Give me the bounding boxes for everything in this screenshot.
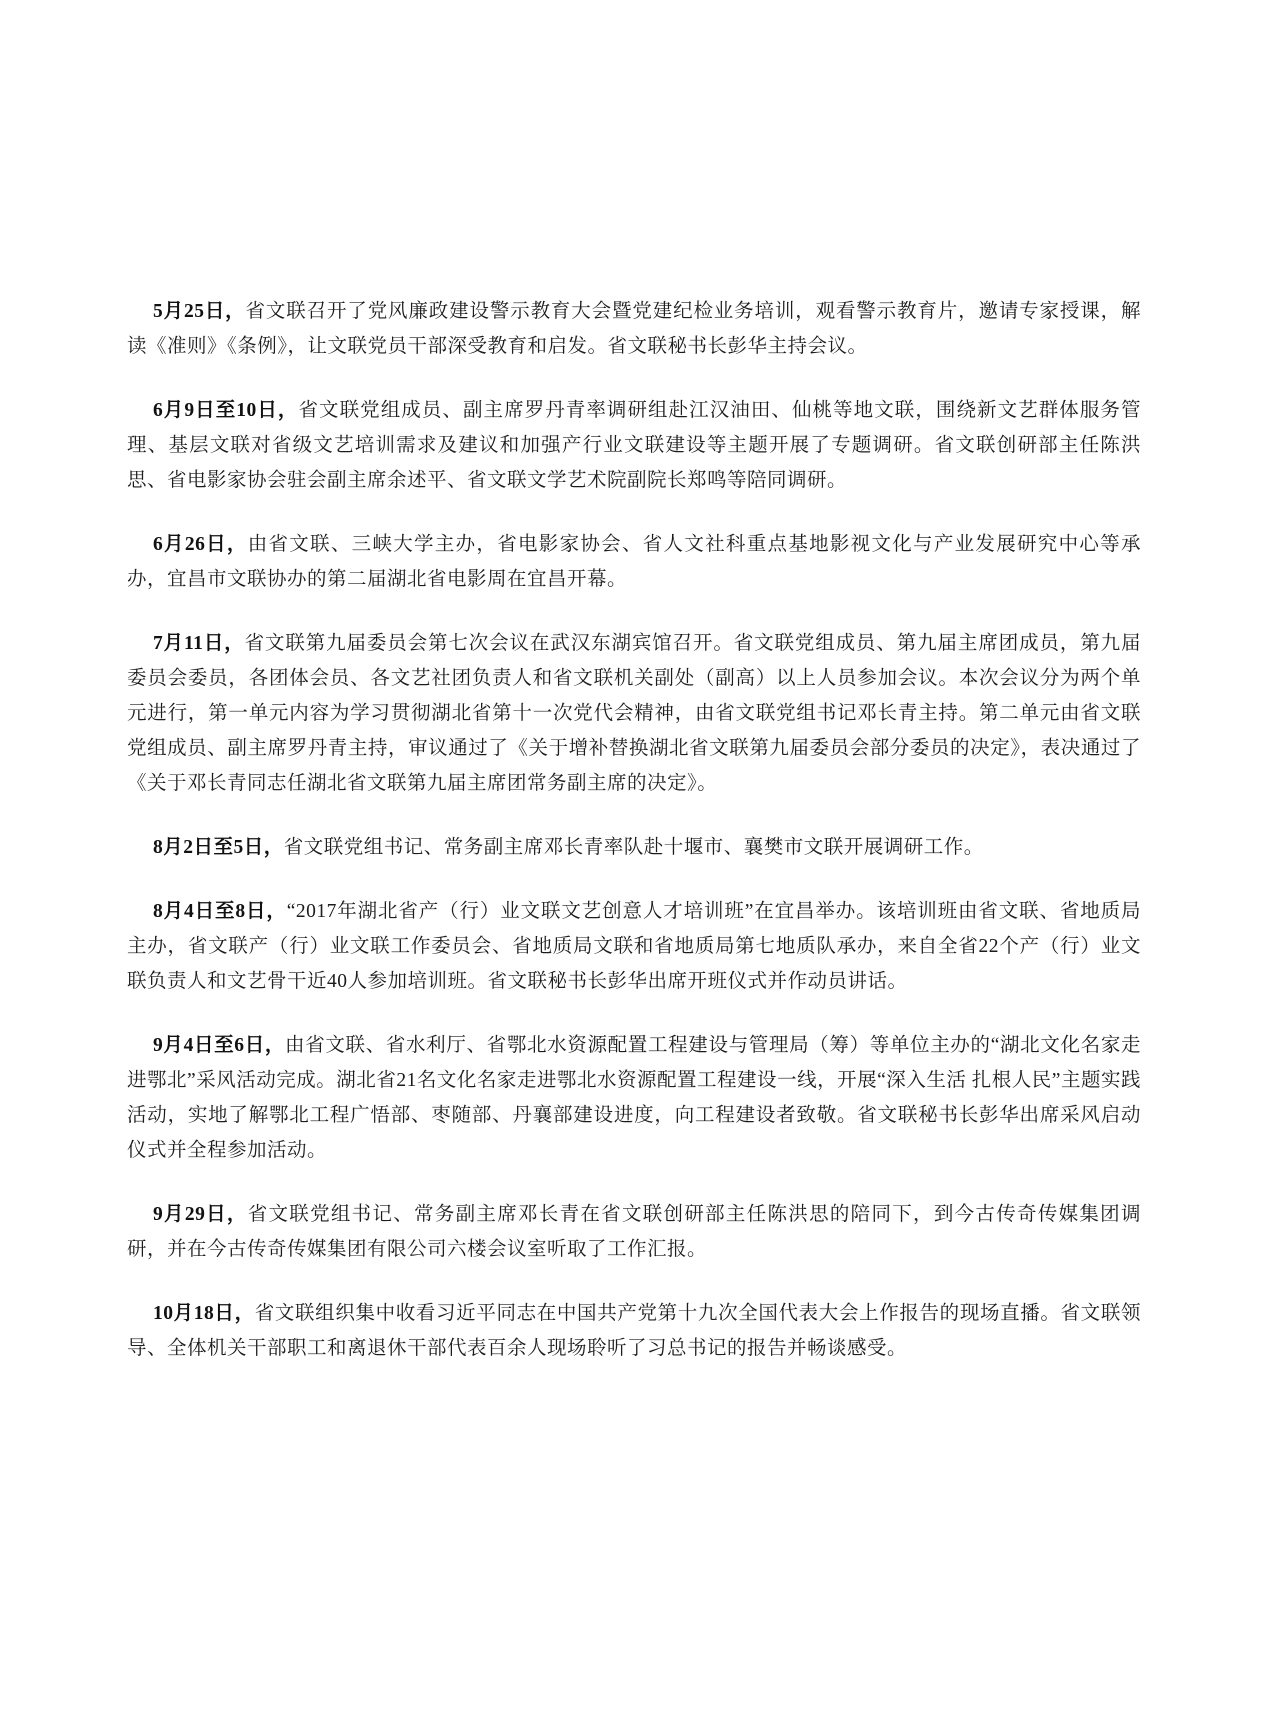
event-text: 省文联召开了党风廉政建设警示教育大会暨党建纪检业务培训，观看警示教育片，邀请专家… bbox=[127, 301, 1141, 357]
event-text: 省文联党组书记、常务副主席邓长青在省文联创研部主任陈洪思的陪同下，到今古传奇传媒… bbox=[127, 1204, 1141, 1260]
event-paragraph: 9月29日，省文联党组书记、常务副主席邓长青在省文联创研部主任陈洪思的陪同下，到… bbox=[127, 1197, 1141, 1267]
event-date: 10月18日， bbox=[153, 1303, 255, 1324]
event-paragraph: 6月9日至10日，省文联党组成员、副主席罗丹青率调研组赴江汉油田、仙桃等地文联，… bbox=[127, 393, 1141, 498]
event-date: 8月2日至5日， bbox=[153, 837, 284, 858]
event-paragraph: 6月26日，由省文联、三峡大学主办，省电影家协会、省人文社科重点基地影视文化与产… bbox=[127, 527, 1141, 597]
event-date: 9月4日至6日， bbox=[153, 1035, 285, 1056]
event-date: 6月26日， bbox=[153, 534, 248, 555]
event-text: 省文联组织集中收看习近平同志在中国共产党第十九次全国代表大会上作报告的现场直播。… bbox=[127, 1303, 1141, 1359]
event-paragraph: 10月18日，省文联组织集中收看习近平同志在中国共产党第十九次全国代表大会上作报… bbox=[127, 1296, 1141, 1366]
event-text: 省文联党组书记、常务副主席邓长青率队赴十堰市、襄樊市文联开展调研工作。 bbox=[284, 837, 984, 858]
event-paragraph: 9月4日至6日，由省文联、省水利厅、省鄂北水资源配置工程建设与管理局（筹）等单位… bbox=[127, 1028, 1141, 1168]
event-text: 由省文联、三峡大学主办，省电影家协会、省人文社科重点基地影视文化与产业发展研究中… bbox=[127, 534, 1141, 590]
document-body: 5月25日，省文联召开了党风廉政建设警示教育大会暨党建纪检业务培训，观看警示教育… bbox=[127, 294, 1141, 1366]
event-date: 7月11日， bbox=[153, 633, 245, 654]
event-paragraph: 5月25日，省文联召开了党风廉政建设警示教育大会暨党建纪检业务培训，观看警示教育… bbox=[127, 294, 1141, 364]
event-date: 8月4日至8日， bbox=[153, 901, 287, 922]
document-page: 5月25日，省文联召开了党风廉政建设警示教育大会暨党建纪检业务培训，观看警示教育… bbox=[0, 0, 1276, 1719]
event-paragraph: 8月2日至5日，省文联党组书记、常务副主席邓长青率队赴十堰市、襄樊市文联开展调研… bbox=[127, 830, 1141, 865]
event-date: 9月29日， bbox=[153, 1204, 248, 1225]
event-date: 5月25日， bbox=[153, 301, 246, 322]
event-paragraph: 8月4日至8日，“2017年湖北省产（行）业文联文艺创意人才培训班”在宜昌举办。… bbox=[127, 894, 1141, 999]
event-date: 6月9日至10日， bbox=[153, 400, 299, 421]
event-text: 省文联第九届委员会第七次会议在武汉东湖宾馆召开。省文联党组成员、第九届主席团成员… bbox=[127, 633, 1141, 794]
event-paragraph: 7月11日，省文联第九届委员会第七次会议在武汉东湖宾馆召开。省文联党组成员、第九… bbox=[127, 626, 1141, 801]
